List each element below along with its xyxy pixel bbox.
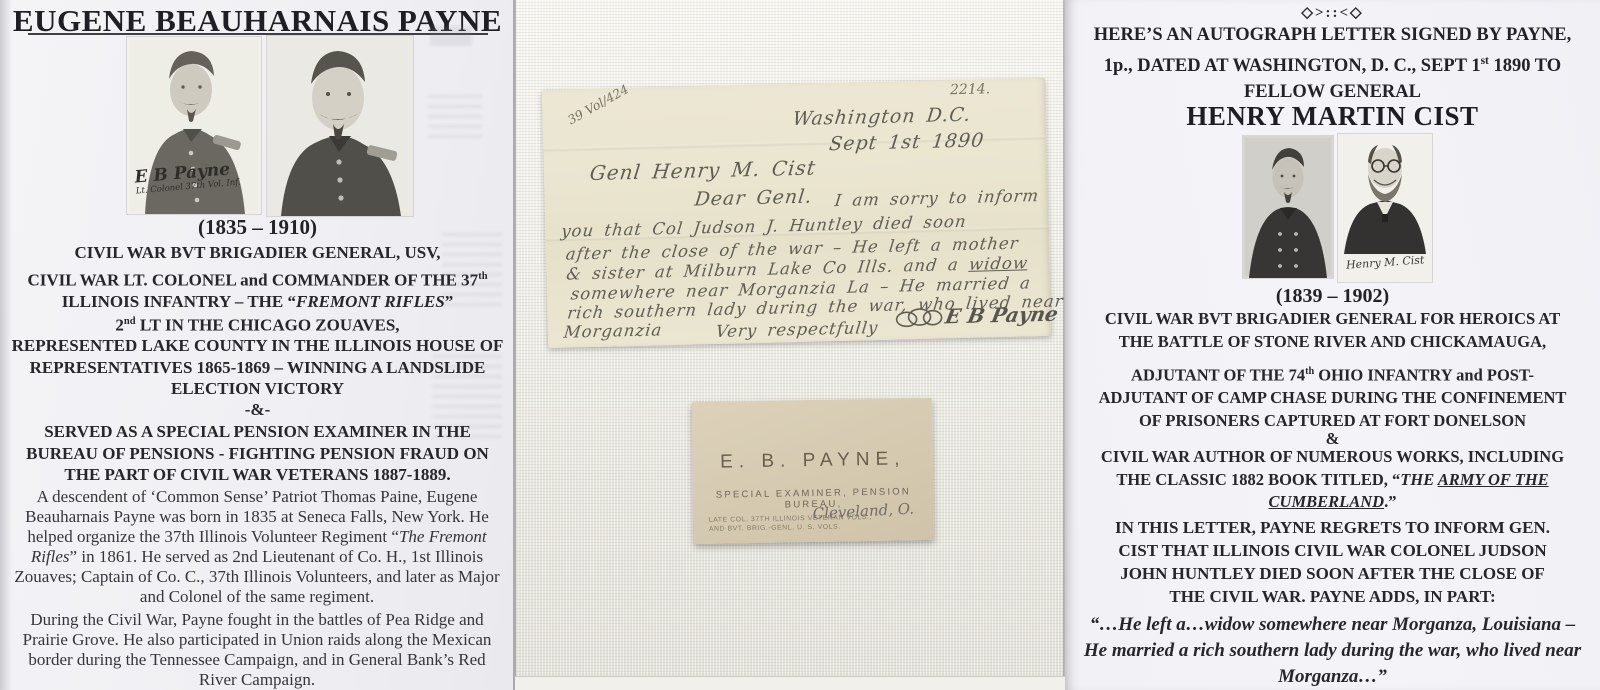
text-line: FELLOW GENERAL — [1244, 82, 1421, 102]
text-line: THE CIVIL WAR. PAYNE ADDS, IN PART: — [1169, 587, 1495, 606]
text-line: AND BVT. BRIG.-GENL. U. S. VOLS. — [709, 524, 841, 533]
text-line: CIVIL WAR BVT BRIGADIER GENERAL FOR HERO… — [1105, 309, 1560, 328]
letter-place: Washington D.C. — [791, 104, 972, 130]
text-line: THE BATTLE OF STONE RIVER AND CHICKAMAUG… — [1119, 332, 1546, 351]
text-line: IN THIS LETTER, PAYNE REGRETS TO INFORM … — [1115, 518, 1550, 537]
signature-flourish — [895, 302, 944, 331]
text-line: CIVIL WAR BVT BRIGADIER GENERAL, USV, — [74, 243, 440, 262]
bleedthrough-smudge — [428, 92, 482, 138]
credit-general: CIVIL WAR BVT BRIGADIER GENERAL, USV, — [0, 242, 515, 264]
book-title-italic: THE — [1400, 470, 1437, 489]
ornament-divider: ◇>::<◇ — [1065, 3, 1600, 22]
auction-collage: EUGENE BEAUHARNAIS PAYNE E B Payne — [0, 0, 1600, 690]
text-line: “…He left a…widow somewhere near Morganz… — [1090, 614, 1576, 635]
title-underline — [28, 33, 488, 35]
cist-credit-adjutant: ADJUTANT OF THE 74th OHIO INFANTRY and P… — [1065, 361, 1600, 432]
cist-name: HENRY MARTIN CIST — [1065, 101, 1600, 132]
letter-signature: E B Payne — [895, 300, 1058, 332]
book-title-underlined: CUMBERLAND — [1269, 492, 1385, 511]
text-line: CIST THAT ILLINOIS CIVIL WAR COLONEL JUD… — [1118, 541, 1546, 560]
letter-salutation: Dear Genl. — [693, 186, 813, 211]
payne-sketch-portrait — [267, 36, 413, 216]
text-line: BUREAU OF PENSIONS - FIGHTING PENSION FR… — [26, 444, 489, 463]
book-title-underlined: ARMY OF THE — [1438, 470, 1549, 489]
business-card: E. B. PAYNE, SPECIAL EXAMINER, PENSION B… — [692, 398, 934, 544]
payne-sketch-illustration — [267, 36, 413, 216]
canvas-bottom-strip — [515, 676, 1065, 690]
text-line: 2 — [115, 316, 124, 335]
right-description-sheet: ◇>::<◇ HERE’S AN AUTOGRAPH LETTER SIGNED… — [1065, 0, 1600, 690]
letter-summary: IN THIS LETTER, PAYNE REGRETS TO INFORM … — [1065, 516, 1600, 608]
fremont-rifles-italic: FREMONT RIFLES — [296, 292, 445, 311]
text-line: REPRESENTED LAKE COUNTY IN THE ILLINOIS … — [12, 336, 504, 355]
letter-description-heading: HERE’S AN AUTOGRAPH LETTER SIGNED BY PAY… — [1065, 22, 1600, 105]
text-line: 1p., DATED AT WASHINGTON, D. C., SEPT 1 — [1104, 56, 1481, 76]
ordinal-sup: nd — [124, 316, 136, 327]
ordinal-sup: th — [1305, 366, 1314, 377]
text-line: ELECTION VICTORY — [171, 379, 344, 398]
text-line: 1890 TO — [1489, 56, 1561, 76]
panel-seam — [513, 0, 516, 690]
cist-credit-author: CIVIL WAR AUTHOR OF NUMEROUS WORKS, INCL… — [1065, 446, 1600, 514]
pencil-notation-right: 2214. — [950, 81, 990, 98]
card-name: E. B. PAYNE, — [693, 448, 933, 474]
text-line: OF PRISONERS CAPTURED AT FORT DONELSON — [1139, 411, 1526, 430]
text-line: THE CLASSIC 1882 BOOK TITLED, “ — [1116, 470, 1400, 489]
payne-dates: (1835 – 1910) — [0, 215, 515, 240]
bio-paragraph-1: A descendent of ‘Common Sense’ Patriot T… — [10, 487, 504, 607]
cist-dates: (1839 – 1902) — [1065, 285, 1600, 308]
text-line: .” — [1384, 492, 1396, 511]
bio-paragraph-2: During the Civil War, Payne fought in th… — [10, 610, 504, 690]
letter-date: Sept 1st 1890 — [828, 129, 985, 155]
credit-colonel: CIVIL WAR LT. COLONEL and COMMANDER OF T… — [0, 266, 515, 313]
text-line: He married a rich southern lady during t… — [1084, 640, 1581, 661]
text-line: LT IN THE CHICAGO ZOUAVES, — [136, 316, 400, 335]
bleedthrough-smudge — [430, 26, 472, 46]
letter-addressee: Genl Henry M. Cist — [589, 155, 818, 185]
autograph-letter: 39 Vol/424 2214. Washington D.C. Sept 1s… — [542, 78, 1051, 348]
pencil-notation-left: 39 Vol/424 — [565, 81, 631, 127]
payne-photo-portrait: E B Payne Lt. Colonel 37th Vol. Inf. — [127, 37, 261, 214]
text-line: ADJUTANT OF THE 74 — [1131, 366, 1305, 385]
credit-zouaves: 2nd LT IN THE CHICAGO ZOUAVES, — [0, 311, 515, 336]
bleedthrough-smudge — [442, 228, 502, 306]
text-line: SERVED AS A SPECIAL PENSION EXAMINER IN … — [44, 422, 471, 441]
ordinal-sup: st — [1481, 55, 1489, 67]
text-line: ADJUTANT OF CAMP CHASE DURING THE CONFIN… — [1099, 388, 1567, 407]
cist-photo-portrait — [1243, 136, 1333, 278]
text-line: HERE’S AN AUTOGRAPH LETTER SIGNED BY PAY… — [1094, 25, 1572, 45]
signature-name: E B Payne — [943, 302, 1060, 329]
cist-sketch-illustration — [1338, 134, 1432, 254]
bleedthrough-smudge — [432, 350, 502, 438]
cist-sketch-signature: Henry M. Cist — [1346, 253, 1425, 271]
cist-sketch-portrait: Henry M. Cist — [1338, 134, 1432, 282]
text-line: REPRESENTATIVES 1865-1869 – WINNING A LA… — [30, 358, 486, 377]
canvas-backing: 39 Vol/424 2214. Washington D.C. Sept 1s… — [515, 0, 1065, 690]
text-line: ILLINOIS INFANTRY – THE “ — [62, 292, 296, 311]
text-line: CIVIL WAR AUTHOR OF NUMEROUS WORKS, INCL… — [1101, 447, 1564, 466]
text-line: OHIO INFANTRY and POST- — [1314, 366, 1534, 385]
text-line: Morganza…” — [1278, 666, 1387, 687]
letter-line: Morganzia — [563, 320, 664, 341]
card-city-handwritten: Cleveland, O. — [812, 499, 914, 522]
letter-closing: Very respectfully — [715, 318, 880, 341]
text-run: ” in 1861. He served as 2nd Lieutenant o… — [14, 547, 499, 606]
letter-opening: I am sorry to inform — [834, 186, 1041, 210]
text-line: JOHN HUNTLEY DIED SOON AFTER THE CLOSE O… — [1120, 564, 1545, 583]
text-line: CIVIL WAR LT. COLONEL and COMMANDER OF T… — [27, 271, 478, 290]
left-bio-sheet: EUGENE BEAUHARNAIS PAYNE E B Payne — [0, 0, 515, 690]
cist-credit-general: CIVIL WAR BVT BRIGADIER GENERAL FOR HERO… — [1065, 308, 1600, 353]
underlined-word: widow — [968, 253, 1029, 274]
text-line: THE PART OF CIVIL WAR VETERANS 1887-1889… — [64, 465, 450, 484]
cist-photo-illustration — [1243, 136, 1333, 278]
letter-excerpt-quote: “…He left a…widow somewhere near Morganz… — [1065, 612, 1600, 690]
